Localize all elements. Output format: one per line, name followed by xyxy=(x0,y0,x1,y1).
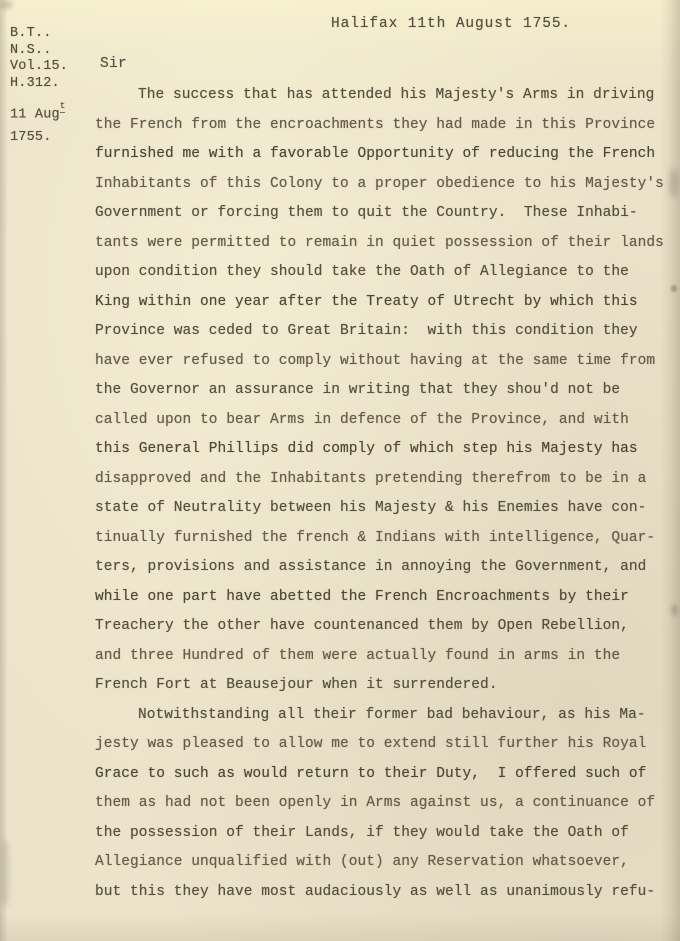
typed-line: Treachery the other have countenanced th… xyxy=(95,612,680,642)
typed-line: tants were permitted to remain in quiet … xyxy=(95,229,680,259)
typed-line: upon condition they should take the Oath… xyxy=(95,258,680,288)
typed-line: this General Phillips did comply of whic… xyxy=(95,435,680,465)
paper-bottom-edge-shading xyxy=(0,913,680,941)
typed-line: Allegiance unqualified with (out) any Re… xyxy=(95,848,680,878)
typed-line: have ever refused to comply without havi… xyxy=(95,347,680,377)
typed-line: Government or forcing them to quit the C… xyxy=(95,199,680,229)
typed-line: Inhabitants of this Colony to a proper o… xyxy=(95,170,680,200)
typed-line: tinually furnished the french & Indians … xyxy=(95,524,680,554)
typed-line: Notwithstanding all their former bad beh… xyxy=(95,701,680,731)
typed-line: state of Neutrality between his Majesty … xyxy=(95,494,680,524)
typed-line: and three Hundred of them were actually … xyxy=(95,642,680,672)
paper-left-edge-shading xyxy=(0,0,7,941)
salutation: Sir xyxy=(100,56,127,72)
typed-line: the possession of their Lands, if they w… xyxy=(95,819,680,849)
typed-line: Province was ceded to Great Britain: wit… xyxy=(95,317,680,347)
paragraph-1: The success that has attended his Majest… xyxy=(95,81,680,701)
typed-line: ters, provisions and assistance in annoy… xyxy=(95,553,680,583)
typed-line: them as had not been openly in Arms agai… xyxy=(95,789,680,819)
typed-line: the French from the encroachments they h… xyxy=(95,111,680,141)
dateline: Halifax 11th August 1755. xyxy=(331,16,571,32)
typed-line: King within one year after the Treaty of… xyxy=(95,288,680,318)
margin-date-year: 1755. xyxy=(10,127,65,150)
typed-line: jesty was pleased to allow me to extend … xyxy=(95,730,680,760)
typed-line: but this they have most audaciously as w… xyxy=(95,878,680,908)
paper-stain xyxy=(1,841,9,905)
archival-reference-block: B.T..N.S..Vol.15.H.312. xyxy=(10,26,68,92)
typed-line: French Fort at Beausejour when it surren… xyxy=(95,671,680,701)
typed-line: The success that has attended his Majest… xyxy=(95,81,680,111)
typed-line: called upon to bear Arms in defence of t… xyxy=(95,406,680,436)
paper-corner-smudge xyxy=(0,0,12,9)
typed-line: H.312. xyxy=(10,76,68,93)
typed-line: Grace to such as would return to their D… xyxy=(95,760,680,790)
margin-date-block: 11 Augt 1755. xyxy=(10,99,65,150)
typed-line: B.T.. xyxy=(10,26,68,43)
margin-date-line: 11 Augt xyxy=(10,99,65,127)
typed-line: Vol.15. xyxy=(10,59,68,76)
typed-line: disapproved and the Inhabitants pretendi… xyxy=(95,465,680,495)
typed-line: N.S.. xyxy=(10,43,68,60)
typed-line: furnished me with a favorable Opportunit… xyxy=(95,140,680,170)
typed-line: the Governor an assurance in writing tha… xyxy=(95,376,680,406)
typed-line: while one part have abetted the French E… xyxy=(95,583,680,613)
letter-body: The success that has attended his Majest… xyxy=(95,81,680,907)
paragraph-2: Notwithstanding all their former bad beh… xyxy=(95,701,680,908)
margin-date-prefix: 11 Aug xyxy=(10,108,60,123)
margin-date-superscript: t xyxy=(60,101,66,113)
scanned-letter-page: Halifax 11th August 1755. B.T..N.S..Vol.… xyxy=(0,0,680,941)
